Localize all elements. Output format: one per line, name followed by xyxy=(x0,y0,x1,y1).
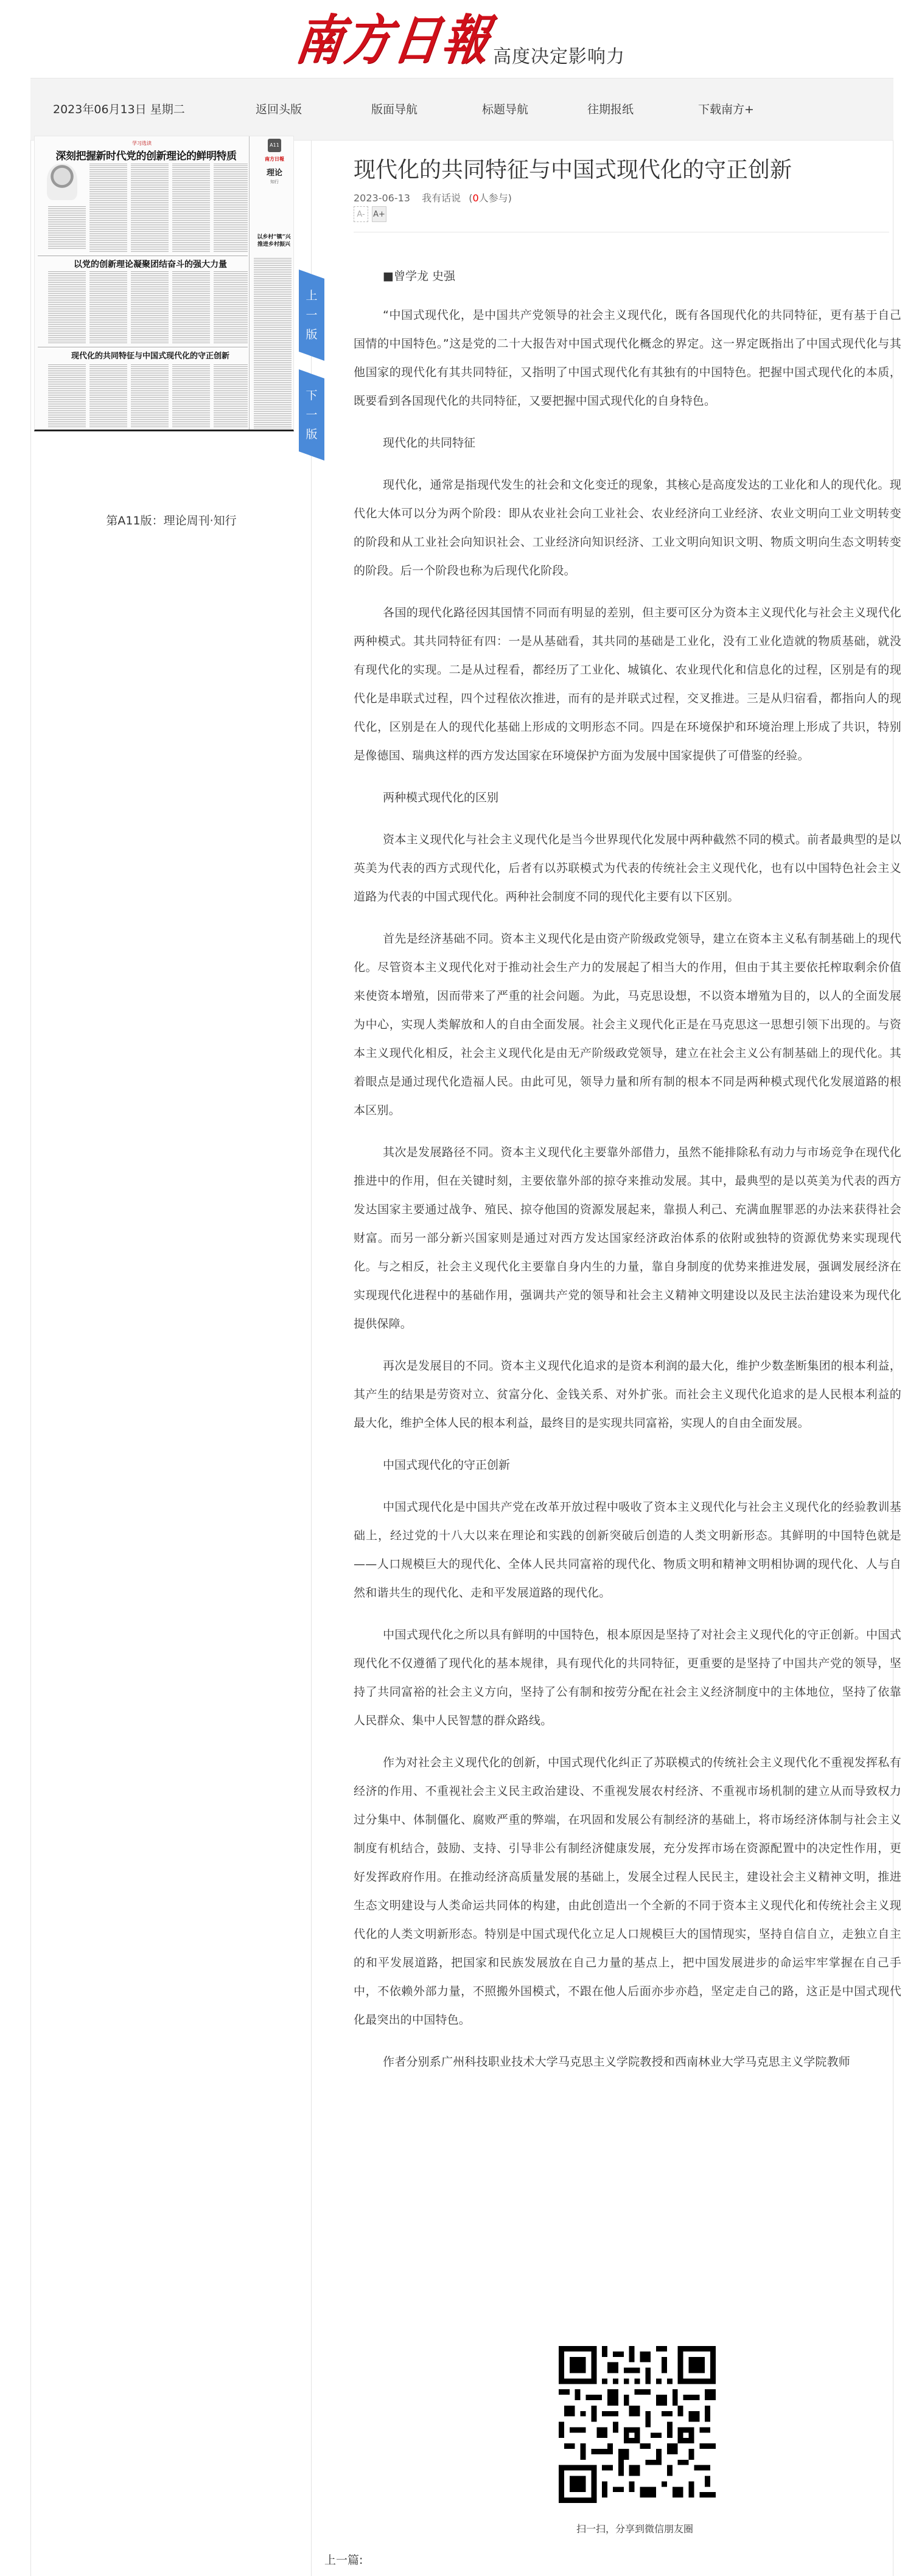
article-subheading: 现代化的共同特征 xyxy=(354,429,901,458)
comment-link[interactable]: 我有话说 xyxy=(422,192,461,204)
article-column: 现代化的共同特征与中国式现代化的守正创新 2023-06-13 我有话说 (0人… xyxy=(312,141,893,2576)
newspaper-page-thumbnail[interactable]: 学习选读 深刻把握新时代党的创新理论的鲜明特质 以党的创新理论凝聚团结奋斗的强大… xyxy=(34,136,294,431)
logo-slogan: 高度决定影响力 xyxy=(493,41,625,68)
article-paragraph: 各国的现代化路径因其国情不同而有明显的差别，但主要可区分为资本主义现代化与社会主… xyxy=(354,599,901,770)
article-subheading: 两种模式现代化的区别 xyxy=(354,784,901,812)
article-paragraph: 作为对社会主义现代化的创新，中国式现代化纠正了苏联模式的传统社会主义现代化不重视… xyxy=(354,1749,901,2035)
thumb-section-subtitle: 知行 xyxy=(264,179,285,185)
qr-caption: 扫一扫，分享到微信朋友圈 xyxy=(559,2521,711,2535)
article-paragraph: 首先是经济基础不同。资本主义现代化是由资产阶级政党领导，建立在资本主义私有制基础… xyxy=(354,925,901,1125)
increase-font-button[interactable]: A+ xyxy=(372,206,386,222)
article-paragraph: 再次是发展目的不同。资本主义现代化追求的是资本利润的最大化，维护少数垄断集团的根… xyxy=(354,1352,901,1438)
author-portrait-image xyxy=(47,164,77,200)
main-container: 学习选读 深刻把握新时代党的创新理论的鲜明特质 以党的创新理论凝聚团结奋斗的强大… xyxy=(30,141,893,2576)
comment-count-suffix: 人参与) xyxy=(479,192,512,204)
nav-date: 2023年06月13日 星期二 xyxy=(53,78,185,141)
article-subheading: 中国式现代化的守正创新 xyxy=(354,1451,901,1480)
article-paragraph: 现代化，通常是指现代发生的社会和文化变迁的现象，其核心是高度发达的工业化和人的现… xyxy=(354,471,901,585)
thumb-masthead: A11 南方日報 理论 知行 xyxy=(264,139,285,200)
article-body: ■曾学龙 史强 “中国式现代化，是中国共产党领导的社会主义现代化，既有各国现代化… xyxy=(354,262,901,2090)
top-nav-bar: 2023年06月13日 星期二 返回头版 版面导航 标题导航 往期报纸 下载南方… xyxy=(30,78,893,141)
nav-headline-navigation[interactable]: 标题导航 xyxy=(482,78,528,141)
article-byline: ■曾学龙 史强 xyxy=(354,262,901,290)
article-paragraph: 其次是发展路径不同。资本主义现代化主要靠外部借力，虽然不能排除私有动力与市场竞争… xyxy=(354,1138,901,1338)
thumb-page-number: A11 xyxy=(268,139,281,152)
site-header: 南 方 日 報 高度决定影响力 xyxy=(0,0,905,73)
nav-link[interactable]: 往期报纸 xyxy=(587,103,634,116)
article-paragraph: 资本主义现代化与社会主义现代化是当今世界现代化发展中两种截然不同的模式。前者最典… xyxy=(354,826,901,911)
nav-link[interactable]: 下载南方+ xyxy=(698,103,754,116)
comment-label: 我有话说 xyxy=(422,192,461,204)
nav-link[interactable]: 标题导航 xyxy=(482,103,528,116)
nav-download-app[interactable]: 下载南方+ xyxy=(698,78,754,141)
nav-link[interactable]: 返回头版 xyxy=(256,103,302,116)
logo-char: 方 xyxy=(340,5,395,75)
divider xyxy=(354,232,889,232)
article-title: 现代化的共同特征与中国式现代化的守正创新 xyxy=(354,153,792,184)
article-paragraph: 中国式现代化之所以具有鲜明的中国特色，根本原因是坚持了对社会主义现代化的守正创新… xyxy=(354,1621,901,1735)
nav-page-navigation[interactable]: 版面导航 xyxy=(371,78,418,141)
page-sidebar: 学习选读 深刻把握新时代党的创新理论的鲜明特质 以党的创新理论凝聚团结奋斗的强大… xyxy=(31,141,312,2576)
nav-past-issues[interactable]: 往期报纸 xyxy=(587,78,634,141)
newspaper-logo[interactable]: 南 方 日 報 xyxy=(296,4,491,71)
wechat-share-qr-code xyxy=(559,2346,716,2503)
logo-char: 報 xyxy=(438,5,492,75)
page-caption: 第A11版：理论周刊·知行 xyxy=(31,512,312,528)
thumb-section-title: 理论 xyxy=(264,169,285,178)
logo-char: 南 xyxy=(292,5,346,75)
article-date: 2023-06-13 xyxy=(354,192,410,204)
thumb-mini-logo: 南方日報 xyxy=(264,156,285,162)
article-paragraph: “中国式现代化，是中国共产党领导的社会主义现代化，既有各国现代化的共同特征，更有… xyxy=(354,301,901,416)
nav-back-to-front-page[interactable]: 返回头版 xyxy=(256,78,302,141)
comment-count: 0 xyxy=(472,192,478,204)
thumb-headline[interactable]: 现代化的共同特征与中国式现代化的守正创新 xyxy=(53,349,248,361)
article-meta: 2023-06-13 我有话说 (0人参与) xyxy=(354,190,512,204)
thumb-headline[interactable]: 以乡村“镇”兴 推进乡村振兴 xyxy=(254,234,294,248)
nav-link[interactable]: 版面导航 xyxy=(371,103,418,116)
prev-article-link[interactable]: 上一篇: xyxy=(324,2551,363,2567)
thumb-headline[interactable]: 深刻把握新时代党的创新理论的鲜明特质 xyxy=(40,147,253,162)
thumb-kicker: 学习选读 xyxy=(132,140,152,147)
article-paragraph: 中国式现代化是中国共产党在改革开放过程中吸收了资本主义现代化与社会主义现代化的经… xyxy=(354,1493,901,1607)
decrease-font-button[interactable]: A- xyxy=(354,206,368,222)
logo-char: 日 xyxy=(389,5,444,75)
thumb-headline[interactable]: 以党的创新理论凝聚团结奋斗的强大力量 xyxy=(59,258,242,270)
author-note: 作者分别系广州科技职业技术大学马克思主义学院教授和西南林业大学马克思主义学院教师 xyxy=(354,2048,901,2076)
share-qr-block: 扫一扫，分享到微信朋友圈 xyxy=(559,2346,711,2535)
font-size-controls: A- A+ xyxy=(354,206,386,222)
